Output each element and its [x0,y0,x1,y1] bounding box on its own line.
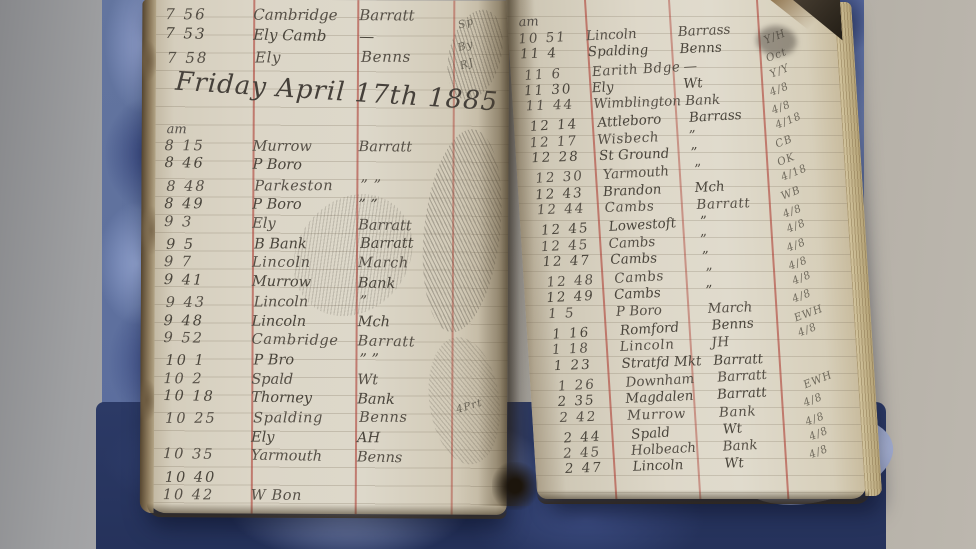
signature-cell: Mch [694,176,779,196]
time-cell: 10 25 [165,411,253,427]
signature-cell: ” [688,124,773,144]
time-cell: 9 7 [164,254,252,270]
signature-cell: Barratt [359,139,457,156]
time-cell: 8 48 [166,178,254,194]
right-page-rows: 10 51 Lincoln Barrass Y/H 11 4 Spalding … [518,17,885,481]
ledger-row: 10 40 [165,468,509,489]
time-cell: 12 48 [546,271,616,291]
signature-cell: Barratt [359,6,457,25]
signature-cell: Benns [357,450,455,468]
station-cell: Cambridge [251,331,357,349]
signature-cell: ” [705,279,790,299]
time-cell: 2 47 [564,459,633,477]
station-cell: Cambs [604,197,697,216]
right-page: am 10 51 Lincoln Barrass Y/H 11 4 Spa [506,0,867,499]
time-cell: 10 42 [163,487,251,503]
time-cell: 2 44 [563,427,633,447]
right-page-content: am 10 51 Lincoln Barrass Y/H 11 4 Spa [504,0,887,500]
time-cell: 11 44 [525,96,594,114]
station-cell: W Bon [251,488,357,505]
time-cell: 9 43 [166,295,254,311]
time-cell: 8 15 [165,138,253,154]
time-cell: 1 26 [557,375,627,395]
margin-initials [812,451,882,477]
time-cell: 10 18 [163,388,251,406]
time-cell: 10 35 [163,446,251,464]
time-cell: 12 45 [540,219,610,239]
time-cell: 12 44 [536,200,605,218]
station-cell: Wimblington [593,93,686,112]
station-cell: Cambs [610,249,703,268]
signature-cell: Wt [724,453,809,472]
station-cell: Ely [255,48,361,67]
photo-scene: 7 56 Cambridge Barratt Sp 7 53 Ely Camb … [0,0,976,549]
signature-cell: Benns [711,313,796,334]
signature-cell: Barrass [677,20,762,40]
signature-cell: — [359,27,457,47]
time-cell: 12 30 [535,167,605,187]
station-cell: Ely Camb [253,26,359,46]
signature-cell: ” [705,261,790,282]
time-cell: 10 2 [163,371,251,387]
station-cell: Downham [625,370,718,391]
time-cell: 7 53 [165,24,253,44]
station-cell: Romford [619,318,712,339]
station-cell: Ely [251,429,357,446]
station-cell: Stratfd Mkt [621,352,714,371]
signature-cell: Wt [722,417,807,438]
time-cell: 1 5 [547,304,616,322]
ledger-row: 10 42 W Bon [163,487,507,508]
signature-cell: Benns [361,47,459,66]
signature-cell [359,480,457,481]
station-cell: Spalding [253,410,359,427]
time-cell: 7 56 [165,5,253,23]
station-cell: Earith Bdge [591,59,684,80]
time-cell: 9 41 [164,272,252,290]
station-cell: Murrow [626,404,719,423]
time-cell: 1 23 [553,355,622,373]
time-cell: 8 46 [164,155,252,173]
signature-cell: ” [699,228,784,248]
time-cell: 8 49 [164,196,252,212]
station-cell: Spald [251,371,357,388]
station-cell [253,481,359,482]
time-cell: 12 47 [542,252,611,270]
station-cell: Murrow [253,139,359,156]
station-cell: Spalding [587,41,680,60]
time-cell: 12 14 [529,116,599,136]
signature-cell: ” [699,209,784,230]
time-cell: 9 5 [166,236,254,252]
book-gutter [478,0,534,506]
station-cell: Thorney [251,390,357,408]
signature-cell [357,500,455,501]
signature-cell: Barrass [688,106,773,127]
station-cell: Spald [630,421,723,442]
time-cell: 2 42 [559,407,628,425]
station-cell: Yarmouth [251,448,357,466]
station-cell: St Ground [598,145,691,164]
station-cell: P Bro [253,352,359,369]
station-cell: Parkeston [254,178,360,195]
station-cell: Lincoln [632,456,725,475]
station-cell: Cambridge [253,6,359,25]
time-cell: 9 3 [164,214,252,232]
time-cell: 10 1 [165,353,253,369]
gutter-shadow [492,462,538,510]
time-cell: 1 16 [551,323,621,343]
signature-cell: ” [694,158,779,179]
time-cell: 9 48 [164,313,252,329]
left-page: 7 56 Cambridge Barratt Sp 7 53 Ely Camb … [147,0,510,515]
signature-cell: Barratt [716,365,801,386]
time-cell: 12 28 [531,148,600,166]
time-cell: 9 52 [163,330,251,348]
ledger-book: 7 56 Cambridge Barratt Sp 7 53 Ely Camb … [0,0,976,549]
station-cell: P Boro [252,157,358,175]
time-cell: 10 40 [165,469,253,485]
station-cell: P Boro [615,301,708,320]
